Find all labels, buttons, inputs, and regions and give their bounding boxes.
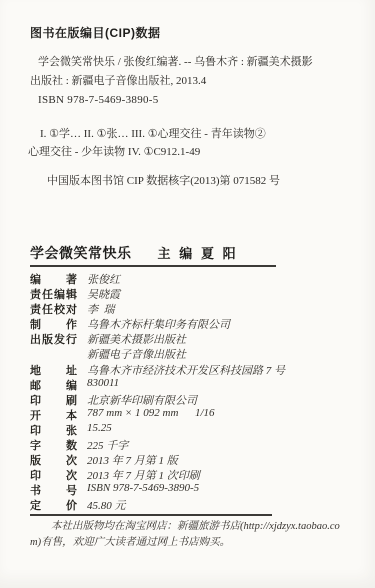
details-label: 地址: [30, 362, 77, 378]
details-label: 出版发行: [30, 331, 77, 347]
details-value: 787 mm × 1 092 mm 1/16: [87, 407, 215, 419]
details-value: 新疆美术摄影出版社: [87, 331, 186, 347]
details-value: 李 瑞: [87, 301, 115, 317]
title-divider-rule: [30, 265, 276, 267]
details-row: 版次 2013 年 7 月第 1 版: [30, 452, 360, 467]
book-title: 学会微笑常快乐: [30, 243, 132, 263]
details-row: 新疆电子音像出版社: [30, 346, 360, 361]
cip-classification-line-1: I. ①学… II. ①张… III. ①心理交往 - 青年读物②: [40, 127, 266, 141]
cip-description-line-2: 出版社 : 新疆电子音像出版社, 2013.4: [30, 74, 206, 88]
cip-record-number: 中国版本图书馆 CIP 数据核字(2013)第 071582 号: [47, 174, 280, 188]
title-row: 学会微笑常快乐 主 编 夏 阳: [30, 243, 350, 263]
cip-classification-line-2: 心理交往 - 少年读物 IV. ①C912.1-49: [28, 145, 200, 159]
footer-divider-rule: [30, 514, 272, 516]
details-row: 印张 15.25: [30, 422, 360, 437]
details-row: 邮编 830011: [30, 377, 360, 392]
details-row: 责任校对 李 瑞: [30, 301, 360, 316]
details-row: 定价 45.80 元: [30, 497, 360, 512]
details-row: 印刷 北京新华印刷有限公司: [30, 392, 360, 407]
chief-editor: 主 编 夏 阳: [158, 243, 237, 262]
details-row: 开本 787 mm × 1 092 mm 1/16: [30, 407, 360, 422]
details-label: 开本: [30, 407, 77, 423]
details-value: ISBN 978-7-5469-3890-5: [87, 482, 199, 494]
details-row: 编著 张俊红: [30, 271, 360, 286]
details-row: 出版发行 新疆美术摄影出版社: [30, 331, 360, 346]
details-value: 830011: [87, 377, 119, 389]
details-value: 2013 年 7 月第 1 版: [87, 452, 178, 468]
details-value: 吴晓霞: [87, 286, 120, 302]
details-label: 责任编辑: [30, 286, 77, 302]
details-label: 印张: [30, 422, 77, 438]
details-label: 版次: [30, 452, 77, 468]
details-row: 书号 ISBN 978-7-5469-3890-5: [30, 482, 360, 497]
details-label: 书号: [30, 482, 77, 498]
cip-description-line-1: 学会微笑常快乐 / 张俊红编著. -- 乌鲁木齐 : 新疆美术摄影: [38, 55, 313, 69]
details-label: 印刷: [30, 392, 77, 408]
cip-header: 图书在版编目(CIP)数据: [30, 24, 161, 41]
details-value: 45.80 元: [87, 497, 126, 513]
details-value: 新疆电子音像出版社: [87, 346, 186, 362]
details-label: 制作: [30, 316, 77, 332]
details-label: 责任校对: [30, 301, 77, 317]
details-value: 乌鲁木齐标杆集印务有限公司: [87, 316, 230, 332]
details-row: 印次 2013 年 7 月第 1 次印刷: [30, 467, 360, 482]
details-value: 北京新华印刷有限公司: [87, 392, 197, 408]
details-value: 2013 年 7 月第 1 次印刷: [87, 467, 200, 483]
details-label: 印次: [30, 467, 77, 483]
details-label: 编著: [30, 271, 77, 287]
details-row: 字数 225 千字: [30, 437, 360, 452]
details-row: 地址 乌鲁木齐市经济技术开发区科技园路 7 号: [30, 362, 360, 377]
details-label: 定价: [30, 497, 77, 513]
publication-details: 编著 张俊红 责任编辑 吴晓霞 责任校对 李 瑞 制作 乌鲁木齐标杆集印务有限公…: [30, 271, 360, 513]
details-value: 15.25: [87, 422, 112, 434]
details-label: 字数: [30, 437, 77, 453]
footer-note: 本社出版物均在淘宝网店：新疆旅游书店(http://xjdzyx.taobao.…: [30, 519, 344, 551]
details-row: 责任编辑 吴晓霞: [30, 286, 360, 301]
book-copyright-page: 图书在版编目(CIP)数据 学会微笑常快乐 / 张俊红编著. -- 乌鲁木齐 :…: [0, 0, 375, 588]
details-value: 张俊红: [87, 271, 120, 287]
details-label: 邮编: [30, 377, 77, 393]
cip-isbn-line: ISBN 978-7-5469-3890-5: [38, 93, 159, 107]
details-row: 制作 乌鲁木齐标杆集印务有限公司: [30, 316, 360, 331]
details-value: 225 千字: [87, 437, 128, 453]
details-value: 乌鲁木齐市经济技术开发区科技园路 7 号: [87, 362, 285, 378]
